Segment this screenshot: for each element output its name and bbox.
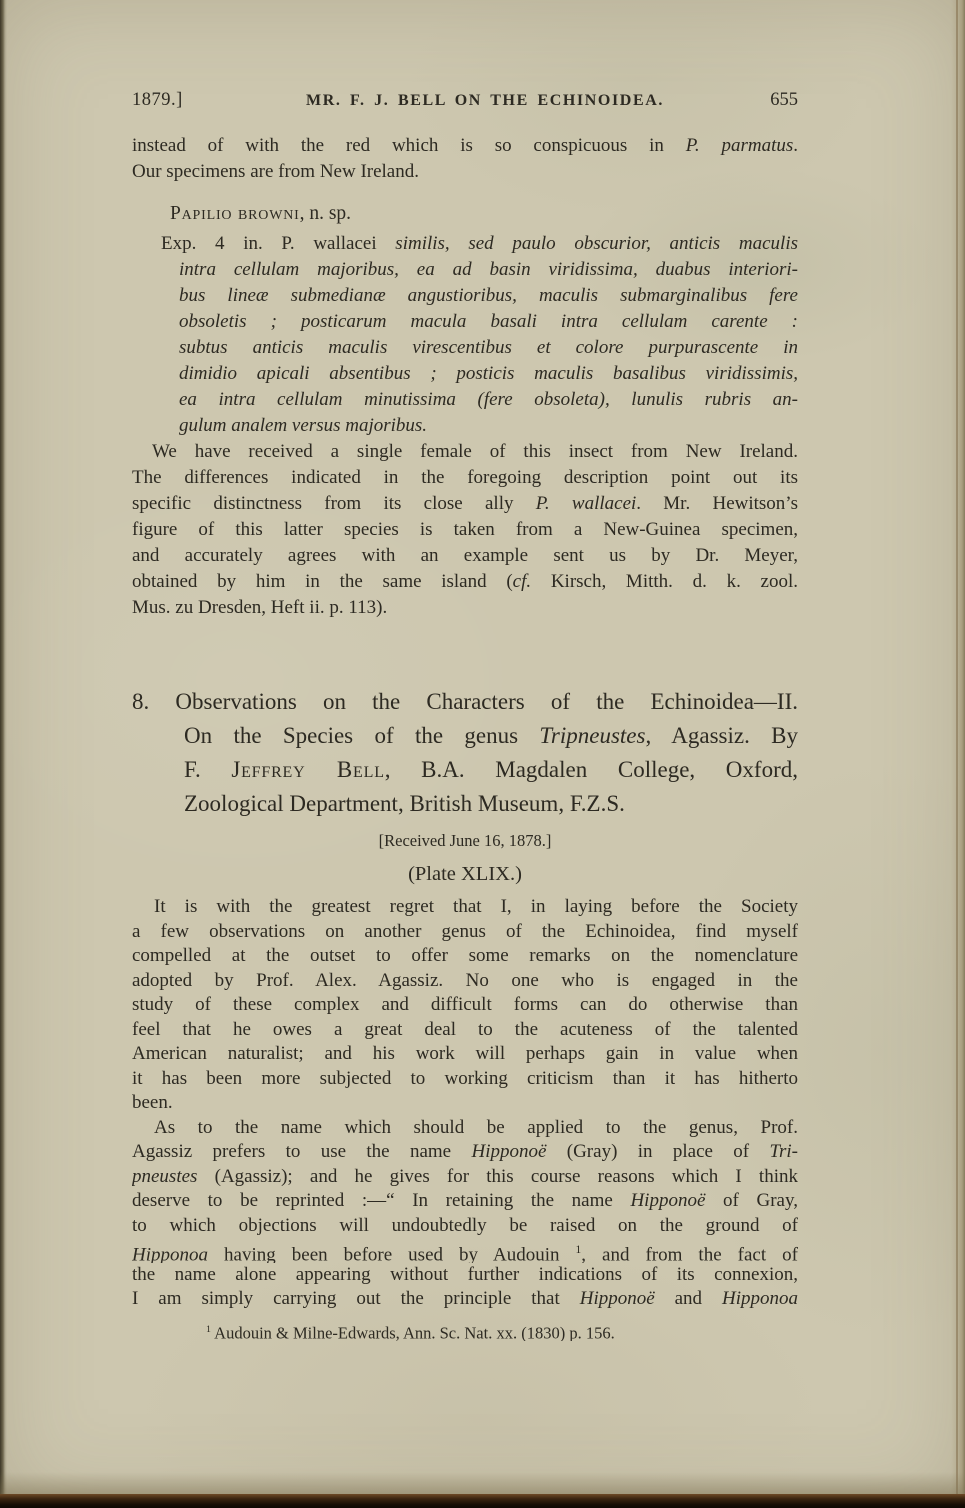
page-right-edge [951, 0, 965, 1508]
text-line: Mus. zu Dresden, Heft ii. p. 113). [132, 595, 798, 621]
header-year: 1879.] [132, 90, 252, 111]
species-heading: Papilio browni, n. sp. [132, 200, 798, 227]
text-line: Agassiz prefers to use the name Hipponoë… [132, 1140, 798, 1165]
text-line: The differences indicated in the foregoi… [132, 465, 798, 491]
text-line: obtained by him in the same island (cf. … [132, 569, 798, 595]
text-line: the name alone appearing without further… [132, 1263, 798, 1288]
text-line: On the Species of the genus Tripneustes,… [184, 719, 798, 753]
page-bottom-shadow [0, 1472, 965, 1494]
text-line: a few observations on another genus of t… [132, 920, 798, 945]
text-line: gulum analem versus majoribus. [179, 413, 798, 439]
text-line: and accurately agrees with an example se… [132, 543, 798, 569]
text-line: Our specimens are from New Ireland. [132, 159, 798, 185]
article-section-title: 8. Observations on the Characters of the… [132, 685, 798, 821]
text-line: study of these complex and difficult for… [132, 993, 798, 1018]
text-line: deserve to be reprinted :—“ In retaining… [132, 1189, 798, 1214]
received-note: [Received June 16, 1878.] [132, 829, 798, 852]
text-line: intra cellulam majoribus, ea ad basin vi… [179, 257, 798, 283]
species-diagnosis-latin: Exp. 4 in. P. wallacei similis, sed paul… [132, 231, 798, 439]
text-line: 8. Observations on the Characters of the… [132, 685, 798, 719]
text-line: American naturalist; and his work will p… [132, 1042, 798, 1067]
text-line: it has been more subjected to working cr… [132, 1067, 798, 1092]
text-line: bus lineæ submedianæ angustioribus, macu… [179, 283, 798, 309]
text-line: compelled at the outset to offer some re… [132, 944, 798, 969]
plate-note: (Plate XLIX.) [132, 861, 798, 888]
text-line: subtus anticis maculis virescentibus et … [179, 335, 798, 361]
text-line: It is with the greatest regret that I, i… [132, 895, 798, 920]
nomenclature-paragraph: As to the name which should be applied t… [132, 1116, 798, 1312]
header-page-number: 655 [718, 90, 798, 111]
text-line: pneustes (Agassiz); and he gives for thi… [132, 1165, 798, 1190]
running-header: 1879.] MR. F. J. BELL ON THE ECHINOIDEA.… [132, 90, 798, 116]
text-line: Zoological Department, British Museum, F… [184, 787, 798, 821]
text-line: specific distinctness from its close all… [132, 491, 798, 517]
text-line: Exp. 4 in. P. wallacei similis, sed paul… [161, 231, 798, 257]
page-content: 1879.] MR. F. J. BELL ON THE ECHINOIDEA.… [132, 0, 798, 1341]
header-running-title: MR. F. J. BELL ON THE ECHINOIDEA. [252, 92, 718, 110]
text-line: As to the name which should be applied t… [132, 1116, 798, 1141]
footnote: 1 Audouin & Milne-Edwards, Ann. Sc. Nat.… [132, 1319, 798, 1341]
previous-article-closing-paragraph: instead of with the red which is so cons… [132, 133, 798, 185]
page-right-edge-line [956, 0, 958, 1508]
text-line: Hipponoa having been before used by Audo… [132, 1238, 798, 1263]
page-left-edge [0, 0, 7, 1508]
intro-paragraph: It is with the greatest regret that I, i… [132, 895, 798, 1116]
text-line: We have received a single female of this… [132, 439, 798, 465]
text-line: dimidio apicali absentibus ; posticis ma… [179, 361, 798, 387]
species-remarks-paragraph: We have received a single female of this… [132, 439, 798, 621]
text-line: Papilio browni, n. sp. [170, 200, 798, 227]
text-line: instead of with the red which is so cons… [132, 133, 798, 159]
page-bottom-edge [0, 1494, 965, 1508]
scanned-journal-page: 1879.] MR. F. J. BELL ON THE ECHINOIDEA.… [0, 0, 965, 1508]
text-line: F. Jeffrey Bell, B.A. Magdalen College, … [184, 753, 798, 787]
text-line: been. [132, 1091, 798, 1116]
text-line: to which objections will undoubtedly be … [132, 1214, 798, 1239]
text-line: ea intra cellulam minutissima (fere obso… [179, 387, 798, 413]
text-line: obsoletis ; posticarum macula basali int… [179, 309, 798, 335]
text-line: feel that he owes a great deal to the ac… [132, 1018, 798, 1043]
text-line: I am simply carrying out the principle t… [132, 1287, 798, 1312]
text-line: 1 Audouin & Milne-Edwards, Ann. Sc. Nat.… [206, 1319, 798, 1341]
text-line: adopted by Prof. Alex. Agassiz. No one w… [132, 969, 798, 994]
text-line: figure of this latter species is taken f… [132, 517, 798, 543]
